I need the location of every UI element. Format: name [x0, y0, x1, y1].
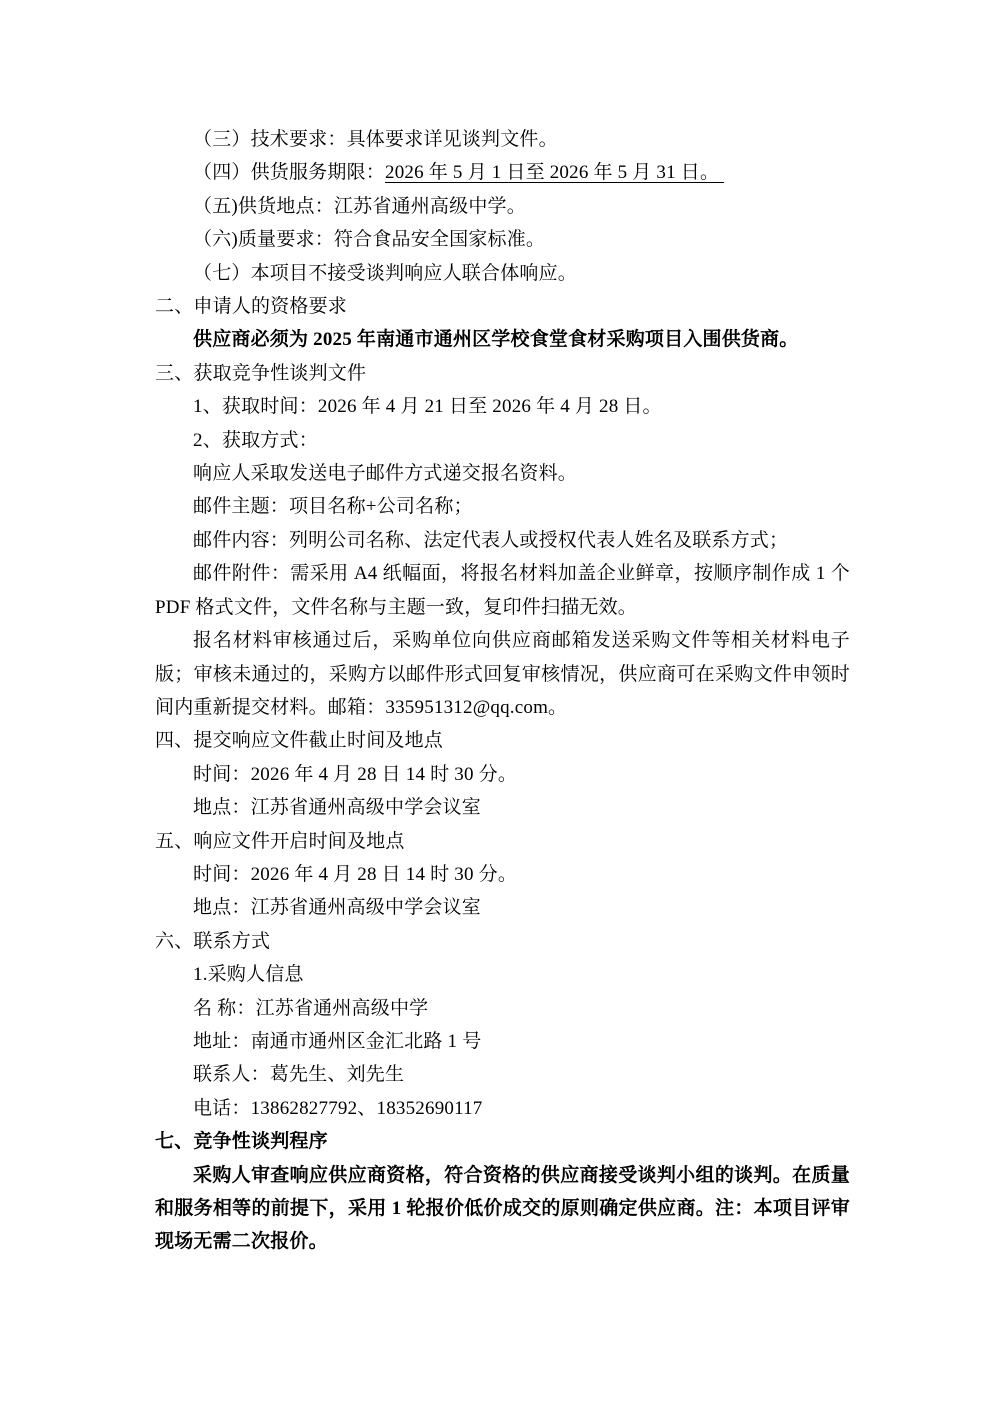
- text-segment: （六)质量要求：符合食品安全国家标准。: [193, 229, 545, 250]
- paragraph: 1.采购人信息: [155, 958, 850, 991]
- paragraph: 时间：2026 年 4 月 28 日 14 时 30 分。: [155, 858, 850, 891]
- paragraph: 联系人：葛先生、刘先生: [155, 1058, 850, 1091]
- text-segment: 三、获取竞争性谈判文件: [155, 363, 366, 384]
- text-segment: 时间：2026 年 4 月 28 日 14 时 30 分。: [193, 764, 517, 785]
- text-segment: 名 称：江苏省通州高级中学: [193, 998, 428, 1019]
- text-segment: 四、提交响应文件截止时间及地点: [155, 730, 443, 751]
- paragraph: 响应人采取发送电子邮件方式递交报名资料。: [155, 457, 850, 490]
- text-segment: 时间：2026 年 4 月 28 日 14 时 30 分。: [193, 864, 517, 885]
- text-segment: 响应人采取发送电子邮件方式递交报名资料。: [193, 463, 577, 484]
- section-heading: 三、获取竞争性谈判文件: [155, 357, 850, 390]
- text-segment: 1.采购人信息: [193, 964, 304, 985]
- paragraph: 1、获取时间：2026 年 4 月 21 日至 2026 年 4 月 28 日。: [155, 390, 850, 423]
- text-segment: （七）本项目不接受谈判响应人联合体响应。: [193, 263, 577, 284]
- text-segment: 二、申请人的资格要求: [155, 296, 347, 317]
- text-segment: 邮件内容：列明公司名称、法定代表人或授权代表人姓名及联系方式；: [193, 530, 788, 551]
- text-segment: 邮件主题：项目名称+公司名称；: [193, 496, 473, 517]
- section-heading: 二、申请人的资格要求: [155, 290, 850, 323]
- text-segment: 邮件附件：需采用 A4 纸幅面，将报名材料加盖企业鲜章，按顺序制作成 1 个 P…: [155, 563, 850, 617]
- section-heading: 四、提交响应文件截止时间及地点: [155, 724, 850, 757]
- paragraph: 时间：2026 年 4 月 28 日 14 时 30 分。: [155, 758, 850, 791]
- text-segment: 地址：南通市通州区金汇北路 1 号: [193, 1031, 481, 1052]
- document-page: （三）技术要求：具体要求详见谈判文件。（四）供货服务期限：2026 年 5 月 …: [0, 0, 1000, 1414]
- paragraph: 地点：江苏省通州高级中学会议室: [155, 891, 850, 924]
- text-segment: 1、获取时间：2026 年 4 月 21 日至 2026 年 4 月 28 日。: [193, 396, 662, 417]
- paragraph: （四）供货服务期限：2026 年 5 月 1 日至 2026 年 5 月 31 …: [155, 156, 850, 189]
- paragraph: 采购人审查响应供应商资格，符合资格的供应商接受谈判小组的谈判。在质量和服务相等的…: [155, 1159, 850, 1259]
- paragraph: （三）技术要求：具体要求详见谈判文件。: [155, 123, 850, 156]
- text-segment: （五)供货地点：江苏省通州高级中学。: [193, 196, 526, 217]
- section-heading: 七、竞争性谈判程序: [155, 1125, 850, 1158]
- text-segment: 采购人审查响应供应商资格，符合资格的供应商接受谈判小组的谈判。在质量和服务相等的…: [155, 1165, 850, 1253]
- document-body: （三）技术要求：具体要求详见谈判文件。（四）供货服务期限：2026 年 5 月 …: [155, 123, 850, 1259]
- text-segment: 五、响应文件开启时间及地点: [155, 831, 405, 852]
- text-segment: 2、获取方式：: [193, 430, 318, 451]
- text-segment: （三）技术要求：具体要求详见谈判文件。: [193, 129, 558, 150]
- text-segment: 报名材料审核通过后，采购单位向供应商邮箱发送采购文件等相关材料电子版；审核未通过…: [155, 630, 850, 718]
- section-heading: 五、响应文件开启时间及地点: [155, 825, 850, 858]
- paragraph: （六)质量要求：符合食品安全国家标准。: [155, 223, 850, 256]
- text-segment: 七、竞争性谈判程序: [155, 1131, 328, 1152]
- paragraph: 名 称：江苏省通州高级中学: [155, 992, 850, 1025]
- paragraph: 邮件附件：需采用 A4 纸幅面，将报名材料加盖企业鲜章，按顺序制作成 1 个 P…: [155, 557, 850, 624]
- text-segment: （四）供货服务期限：: [193, 162, 385, 183]
- paragraph: 2、获取方式：: [155, 424, 850, 457]
- text-segment: 地点：江苏省通州高级中学会议室: [193, 897, 481, 918]
- paragraph: 报名材料审核通过后，采购单位向供应商邮箱发送采购文件等相关材料电子版；审核未通过…: [155, 624, 850, 724]
- underlined-date-text: 2026 年 5 月 1 日至 2026 年 5 月 31 日。: [385, 162, 724, 183]
- section-heading: 六、联系方式: [155, 925, 850, 958]
- paragraph: 邮件主题：项目名称+公司名称；: [155, 490, 850, 523]
- paragraph: 供应商必须为 2025 年南通市通州区学校食堂食材采购项目入围供货商。: [155, 323, 850, 356]
- text-segment: 六、联系方式: [155, 931, 270, 952]
- paragraph: 电话：13862827792、18352690117: [155, 1092, 850, 1125]
- paragraph: 邮件内容：列明公司名称、法定代表人或授权代表人姓名及联系方式；: [155, 524, 850, 557]
- text-segment: 地点：江苏省通州高级中学会议室: [193, 797, 481, 818]
- text-segment: 电话：13862827792、18352690117: [193, 1098, 483, 1119]
- paragraph: （五)供货地点：江苏省通州高级中学。: [155, 190, 850, 223]
- paragraph: 地址：南通市通州区金汇北路 1 号: [155, 1025, 850, 1058]
- paragraph: 地点：江苏省通州高级中学会议室: [155, 791, 850, 824]
- text-segment: 供应商必须为 2025 年南通市通州区学校食堂食材采购项目入围供货商。: [193, 329, 799, 350]
- paragraph: （七）本项目不接受谈判响应人联合体响应。: [155, 257, 850, 290]
- text-segment: 联系人：葛先生、刘先生: [193, 1064, 404, 1085]
